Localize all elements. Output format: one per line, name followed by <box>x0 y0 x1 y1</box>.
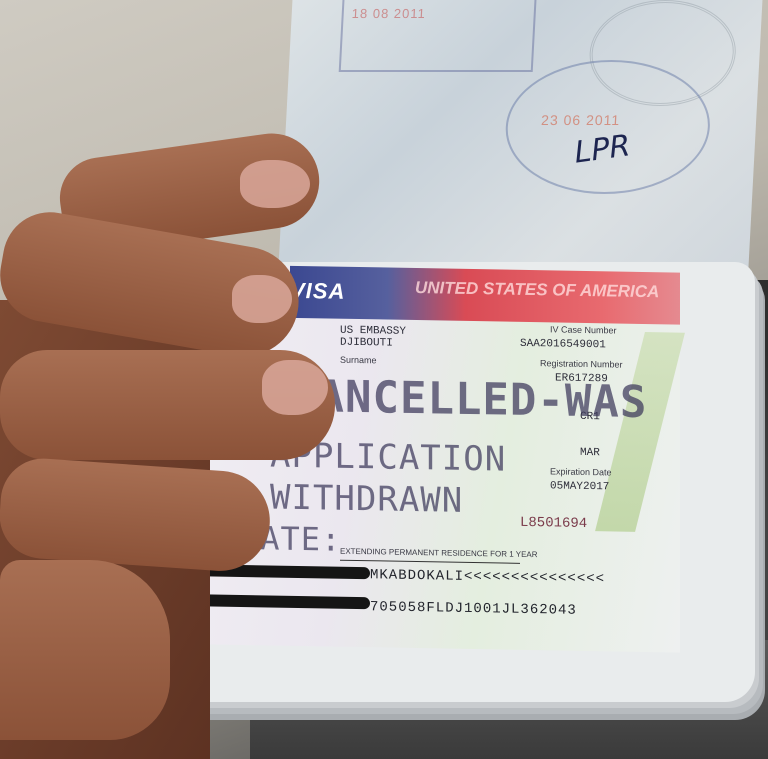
passport-upper-page: 18 08 2011 23 06 2011 LPR <box>278 0 763 285</box>
fingernail <box>232 275 292 323</box>
annotation: EXTENDING PERMANENT RESIDENCE FOR 1 YEAR <box>340 547 538 559</box>
cancel-stamp-line3: WITHDRAWN <box>270 477 463 520</box>
visa-title: UNITED STATES OF AMERICA <box>415 278 659 302</box>
mrz-line-1: MKABDOKALI<<<<<<<<<<<<<<< <box>370 567 605 587</box>
registration-label: Registration Number <box>540 358 623 369</box>
thumb <box>0 560 170 740</box>
mrz-line-2: 705058FLDJ1001JL362043 <box>370 599 577 619</box>
annotation-rule <box>340 560 520 564</box>
cancel-stamp-line1: CANCELLED-WAS <box>290 371 647 428</box>
issuing-post: US EMBASSY DJIBOUTI <box>340 325 430 351</box>
visa-entries: MAR <box>580 447 600 459</box>
control-number: L8501694 <box>520 515 587 532</box>
surname-label: Surname <box>340 355 377 366</box>
fingernail <box>262 360 328 415</box>
case-number-label: IV Case Number <box>550 324 617 335</box>
little-finger <box>0 456 273 575</box>
expiration-date: 05MAY2017 <box>550 480 609 493</box>
admission-stamp-date: 23 06 2011 <box>541 112 621 128</box>
case-number: SAA2016549001 <box>520 338 606 351</box>
expiration-label: Expiration Date <box>550 466 612 477</box>
fingernail <box>240 160 310 208</box>
entry-stamp-date: 18 08 2011 <box>351 6 426 21</box>
